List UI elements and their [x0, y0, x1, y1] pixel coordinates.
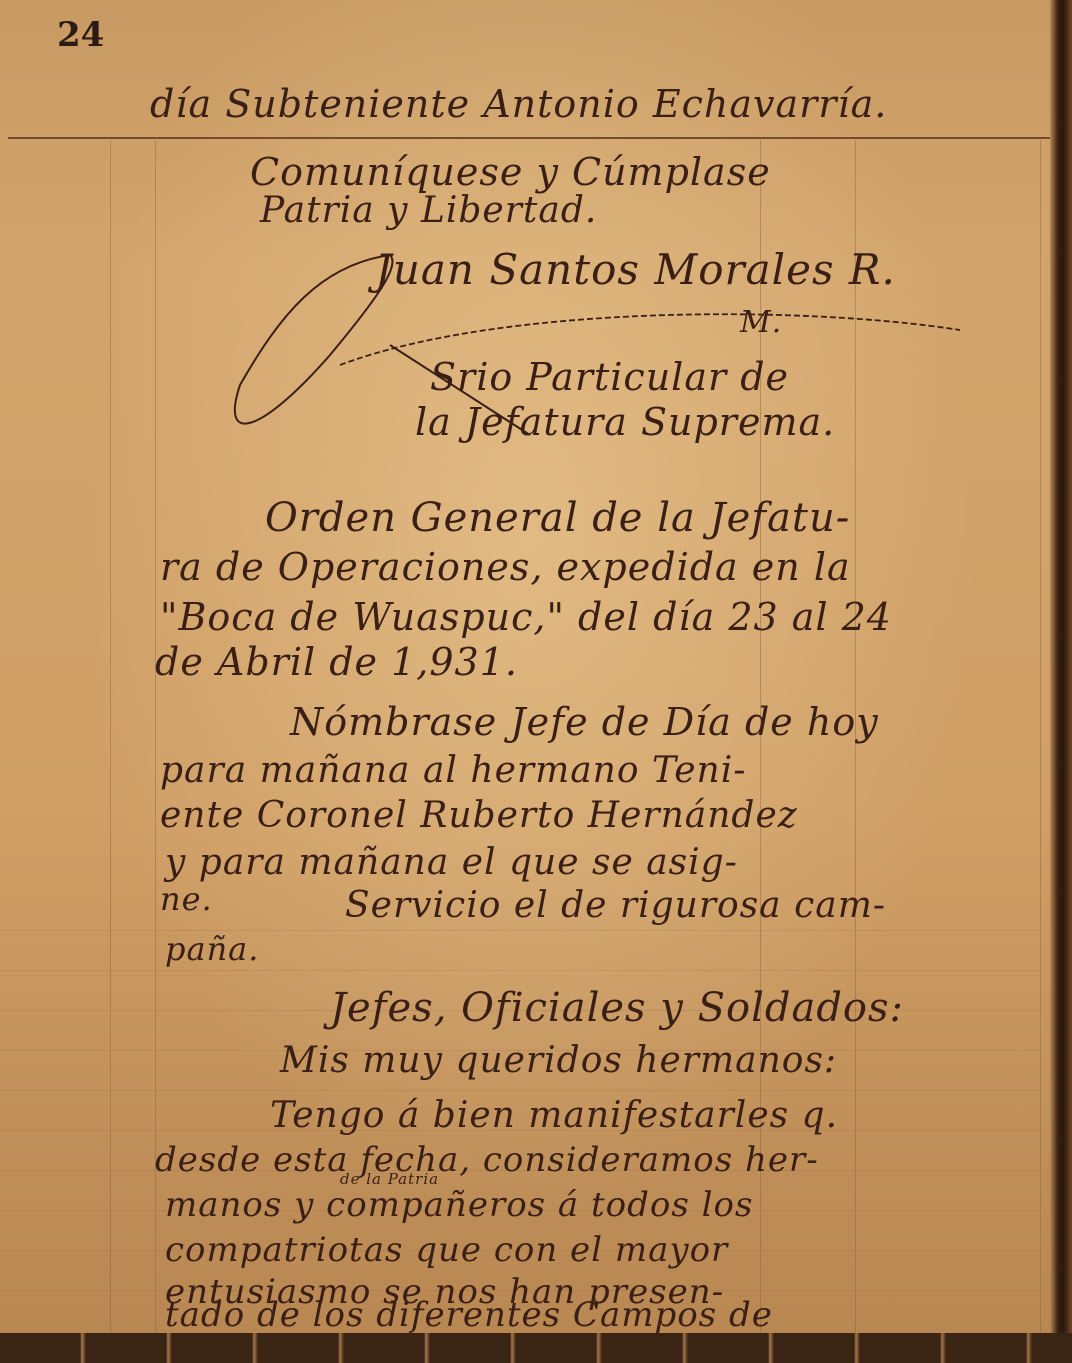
ledger-page: 24 día Subteniente Antonio Echavarría. C…	[0, 0, 1058, 1338]
letter-line: Tengo á bien manifestarles q.	[270, 1095, 838, 1136]
page-number: 24	[57, 15, 104, 55]
order-title-line: de Abril de 1,931.	[155, 640, 518, 684]
order-body-line: para mañana al hermano Teni-	[160, 750, 746, 791]
book-binding-edge	[1050, 0, 1072, 1363]
faint-ledger-line	[0, 1090, 1040, 1091]
signature: Juan Santos Morales R.	[375, 245, 896, 294]
letter-line: compatriotas que con el mayor	[165, 1230, 728, 1270]
ledger-column-line	[1040, 140, 1041, 1338]
letter-line: tado de los diferentes Campos de	[165, 1295, 773, 1335]
secretary-title: Srio Particular de	[430, 355, 789, 399]
faint-ledger-line	[0, 930, 1040, 931]
secretary-title-2: la Jefatura Suprema.	[415, 400, 835, 444]
salutation: Jefes, Oficiales y Soldados:	[330, 985, 904, 1031]
header-line: día Subteniente Antonio Echavarría.	[150, 82, 887, 126]
letter-line: manos y compañeros á todos los	[165, 1185, 753, 1225]
order-body-line: Servicio el de rigurosa cam-	[345, 885, 886, 926]
order-body-line: paña.	[165, 930, 259, 968]
order-title-line: "Boca de Wuaspuc," del día 23 al 24	[160, 595, 892, 639]
signature-initial: M.	[740, 305, 782, 340]
letter-line: desde esta fecha, consideramos her-	[155, 1140, 819, 1180]
closing-motto: Patria y Libertad.	[260, 190, 597, 231]
faint-ledger-line	[0, 970, 1040, 971]
header-rule	[8, 137, 1058, 139]
closing-line: Comuníquese y Cúmplase	[250, 150, 771, 194]
page-stack-edge	[0, 1333, 1072, 1363]
order-body-line: ente Coronel Ruberto Hernández	[160, 795, 798, 836]
order-title-line: Orden General de la Jefatu-	[265, 495, 850, 541]
order-body-line: y para mañana el que se asig-	[165, 842, 738, 883]
salutation-2: Mis muy queridos hermanos:	[280, 1040, 837, 1081]
order-body-line: ne.	[160, 880, 213, 918]
order-body-line: Nómbrase Jefe de Día de hoy	[290, 700, 879, 744]
ledger-column-line	[110, 140, 111, 1338]
order-title-line: ra de Operaciones, expedida en la	[160, 545, 851, 589]
